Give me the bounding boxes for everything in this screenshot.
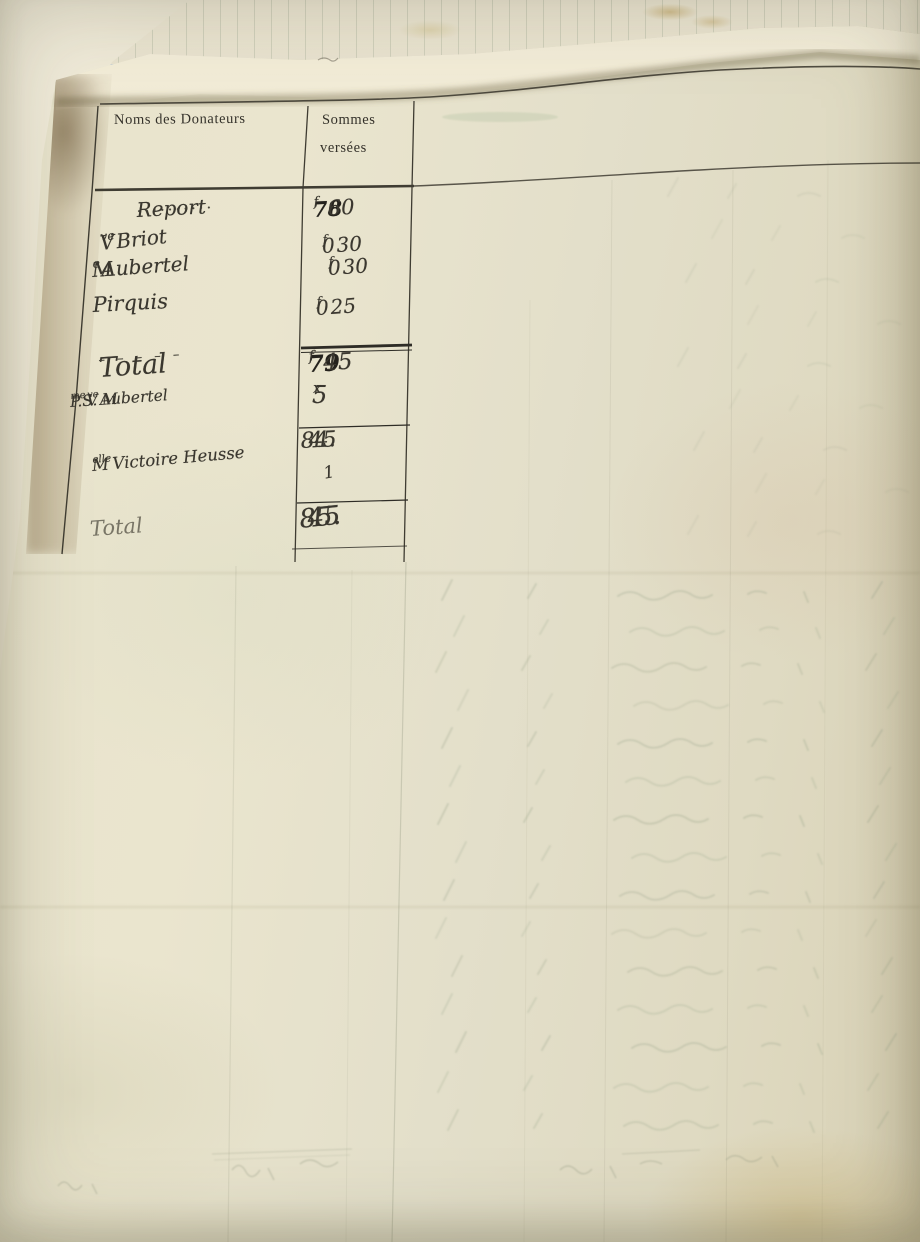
amount-unit: f: [322, 232, 328, 247]
donor-name-text: Briot: [115, 224, 168, 253]
total-amount: 79f45: [307, 351, 316, 378]
header-col-sums-line2: versées: [320, 140, 367, 157]
amount-unit: f: [328, 254, 334, 269]
donor-title-sup: ve: [99, 227, 115, 243]
table-content: Noms des Donateurs Sommes versées Report…: [0, 0, 920, 1242]
amount-centimes: 45: [308, 427, 337, 453]
ps-sup: ve: [87, 389, 99, 401]
grand-total-label: Total: [89, 513, 143, 541]
donor-title-sup: e: [92, 255, 100, 270]
leader-dashes: – – – – –: [98, 347, 184, 368]
ps-note: P.S. Mme Vve Aubertel: [69, 391, 100, 411]
amount-centimes: 45: [323, 349, 354, 376]
donor-name: Me Aubertel: [91, 257, 102, 282]
amount-francs: 1: [322, 462, 336, 484]
ledger-page-photo: Noms des Donateurs Sommes versées Report…: [0, 0, 920, 1242]
amount-unit: f: [316, 294, 322, 309]
donor-title-sup: elle: [92, 453, 112, 466]
amount: 78f60: [312, 197, 320, 221]
header-col-sums-line1: Sommes: [322, 112, 376, 129]
donor-name-text: Victoire Heusse: [112, 443, 246, 473]
donor-name-text: Aubertel: [100, 251, 189, 281]
ps-text: Aubertel: [99, 386, 168, 409]
ps-sup: me: [70, 390, 86, 402]
amount-centimes: 30: [342, 253, 369, 279]
donor-name-text: Pirquis: [92, 289, 169, 317]
amount-centimes: 45: [306, 501, 342, 534]
amount-sup: x: [313, 379, 321, 397]
amount: 0f30: [327, 256, 335, 281]
amount-centimes: 25: [330, 293, 357, 319]
amount-unit: f: [313, 195, 319, 210]
amount-centimes: 60: [327, 195, 355, 220]
donor-name: Vve Briot: [99, 229, 118, 255]
amount: 0f25: [315, 296, 323, 321]
donor-name: Melle Victoire Heusse: [91, 454, 113, 475]
ps-amount: 5x: [312, 381, 322, 410]
header-col-donor-names: Noms des Donateurs: [114, 111, 246, 129]
